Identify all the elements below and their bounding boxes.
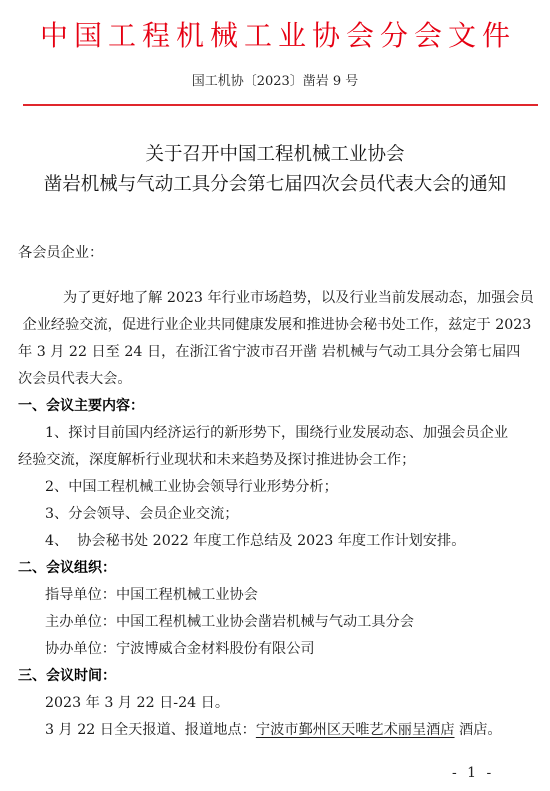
organizer-guiding: 指导单位：中国工程机械工业协会 xyxy=(18,582,528,609)
intro-line: 年 3 月 22 日至 24 日，在浙江省宁波市召开凿 岩机械与气动工具分会第七… xyxy=(18,339,528,366)
meeting-dates: 2023 年 3 月 22 日-24 日。 xyxy=(18,690,528,717)
subject-line-2: 凿岩机械与气动工具分会第七届四次会员代表大会的通知 xyxy=(0,170,550,200)
org-title: 中国工程机械工业协会分会文件 xyxy=(0,18,550,54)
registration-line: 3 月 22 日全天报道、报道地点：宁波市鄞州区天唯艺术丽呈酒店 酒店。 xyxy=(18,717,528,744)
intro-line: 企业经验交流，促进行业企业共同健康发展和推进协会秘书处工作，兹定于 2023 xyxy=(18,312,528,339)
section-heading-organization: 二、会议组织： xyxy=(18,555,528,582)
section-heading-time: 三、会议时间： xyxy=(18,663,528,690)
doc-number: 国工机协〔2023〕凿岩 9 号 xyxy=(0,73,550,91)
document-body: 各会员企业： 为了更好地了解 2023 年行业市场趋势，以及行业当前发展动态，加… xyxy=(18,240,528,744)
content-item: 1、探讨目前国内经济运行的新形势下，围绕行业发展动态、加强会员企业 xyxy=(18,420,528,447)
organizer-co-host: 协办单位：宁波博威合金材料股份有限公司 xyxy=(18,636,528,663)
organizer-host: 主办单位：中国工程机械工业协会凿岩机械与气动工具分会 xyxy=(18,609,528,636)
section-heading-content: 一、会议主要内容： xyxy=(18,393,528,420)
subject-line-1: 关于召开中国工程机械工业协会 xyxy=(0,140,550,170)
salutation: 各会员企业： xyxy=(18,240,528,267)
registration-suffix: 酒店。 xyxy=(455,722,502,738)
intro-line: 为了更好地了解 2023 年行业市场趋势，以及行业当前发展动态，加强会员 xyxy=(18,285,528,312)
intro-line: 次会员代表大会。 xyxy=(18,366,528,393)
header-red-rule xyxy=(23,104,538,106)
subject-heading: 关于召开中国工程机械工业协会 凿岩机械与气动工具分会第七届四次会员代表大会的通知 xyxy=(0,140,550,200)
page-number: - 1 - xyxy=(452,764,494,782)
content-item: 经验交流，深度解析行业现状和未来趋势及探讨推进协会工作； xyxy=(18,447,528,474)
document-page: 中国工程机械工业协会分会文件 国工机协〔2023〕凿岩 9 号 关于召开中国工程… xyxy=(0,0,550,791)
registration-venue: 宁波市鄞州区天唯艺术丽呈酒店 xyxy=(256,722,455,738)
registration-prefix: 3 月 22 日全天报道、报道地点： xyxy=(45,722,256,738)
content-item: 2、中国工程机械工业协会领导行业形势分析； xyxy=(18,474,528,501)
content-item: 3、分会领导、会员企业交流； xyxy=(18,501,528,528)
content-item: 4、 协会秘书处 2022 年度工作总结及 2023 年度工作计划安排。 xyxy=(18,528,528,555)
